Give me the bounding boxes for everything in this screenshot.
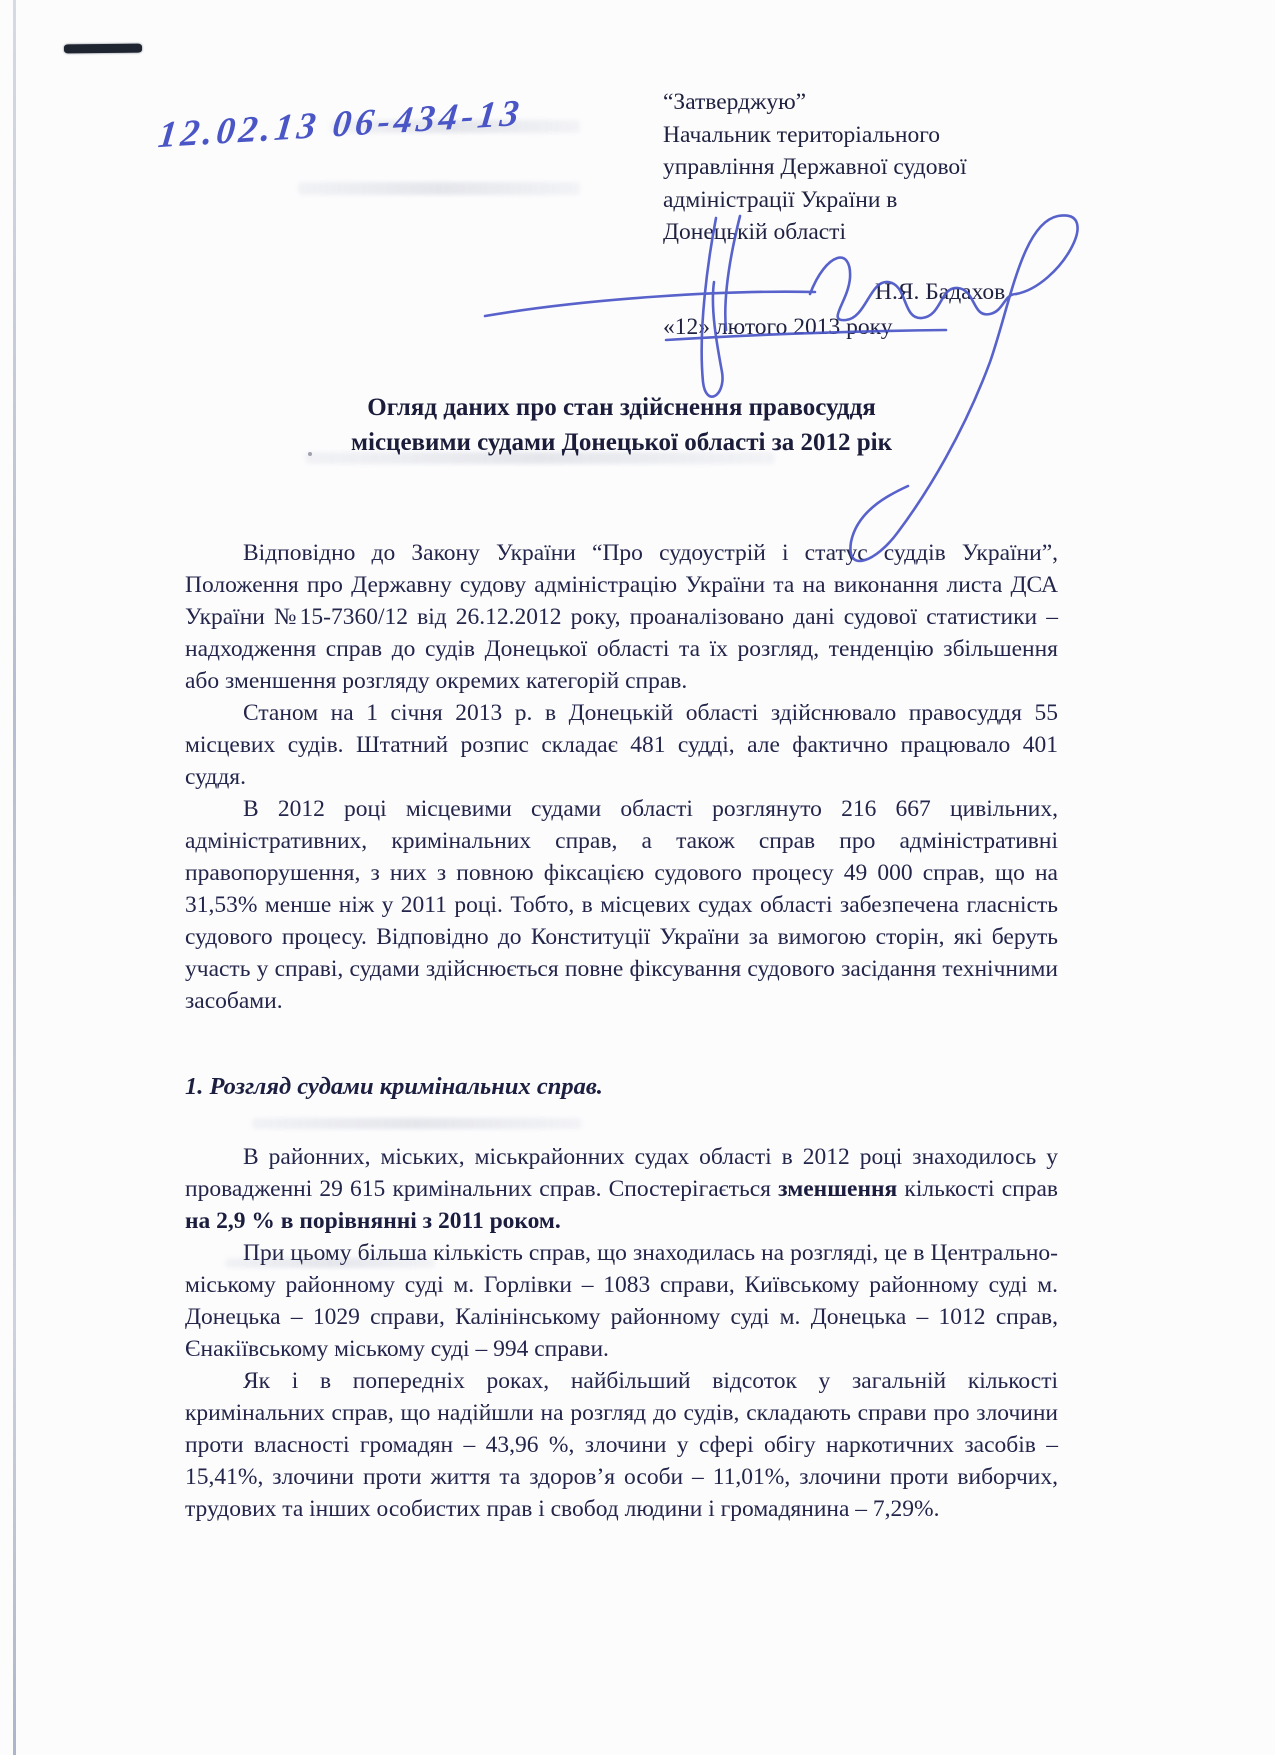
p4-bold-decrease: зменшення	[778, 1176, 897, 1202]
p4-text: кількості справ	[897, 1176, 1058, 1202]
scanned-document-page: 12.02.13 06-434-13 “Затверджую” Начальни…	[0, 0, 1275, 1755]
approval-position-line: адміністрації України в	[663, 184, 1033, 217]
approval-position-line: Начальник територіального	[663, 119, 1033, 152]
paragraph-crime-categories: Як і в попередніх роках, найбільший відс…	[185, 1365, 1058, 1525]
document-title: Огляд даних про стан здійснення правосуд…	[185, 390, 1058, 460]
signatory-name: Н.Я. Бадахов	[875, 279, 1005, 305]
p4-bold-percent: на 2,9 % в порівнянні з 2011 роком.	[185, 1208, 561, 1234]
top-left-mark	[64, 44, 142, 54]
title-line-1: Огляд даних про стан здійснення правосуд…	[185, 390, 1058, 425]
paragraph-cases-total: В 2012 році місцевими судами області роз…	[185, 793, 1058, 1017]
title-line-2: місцевими судами Донецької області за 20…	[185, 425, 1058, 460]
approval-date: «12» лютого 2013 року	[663, 311, 1033, 344]
paragraph-intro: Відповідно до Закону України “Про судоус…	[185, 537, 1058, 697]
document-body: Відповідно до Закону України “Про судоус…	[185, 537, 1058, 1525]
scan-edge-line	[13, 0, 16, 1755]
approval-block: “Затверджую” Начальник територіального у…	[663, 86, 1033, 344]
paragraph-courts-breakdown: При цьому більша кількість справ, що зна…	[185, 1237, 1058, 1365]
bleedthrough-smudge	[298, 182, 580, 195]
approval-position-line: управління Державної судової	[663, 151, 1033, 184]
paragraph-courts-count: Станом на 1 січня 2013 р. в Донецькій об…	[185, 697, 1058, 793]
section-1-heading: 1. Розгляд судами кримінальних справ.	[185, 1071, 1058, 1103]
approval-position-line: Донецькій області	[663, 216, 1033, 249]
approval-word: “Затверджую”	[663, 86, 1033, 119]
handwritten-registration-note: 12.02.13 06-434-13	[156, 86, 620, 157]
paragraph-criminal-cases: В районних, міських, міськрайонних судах…	[185, 1141, 1058, 1237]
